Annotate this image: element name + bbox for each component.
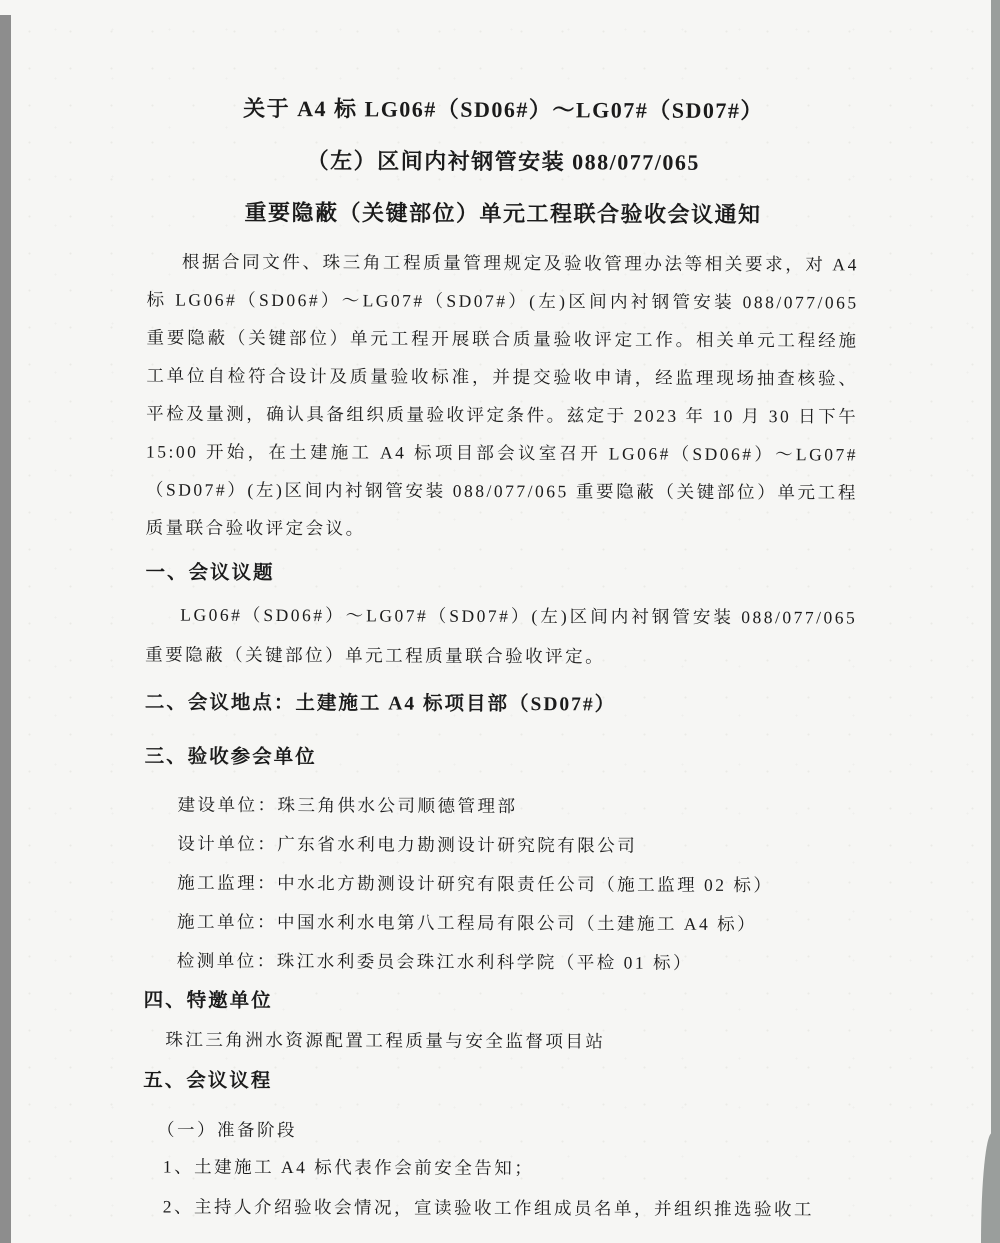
agenda-item-1: 1、土建施工 A4 标代表作会前安全告知； [163, 1147, 855, 1190]
unit-contractor: 施工单位：中国水利水电第八工程局有限公司（土建施工 A4 标） [177, 903, 856, 945]
unit-testing: 检测单位：珠江水利委员会珠江水利科学院（平检 01 标） [177, 942, 856, 984]
section-1-heading: 一、会议议题 [145, 558, 857, 591]
section-3-heading: 三、验收参会单位 [145, 742, 857, 775]
agenda-stage-heading: （一）准备阶段 [143, 1114, 855, 1147]
section-4-heading: 四、特邀单位 [144, 986, 856, 1019]
scan-edge-right [991, 0, 1000, 1243]
section-5-heading: 五、会议议程 [143, 1066, 855, 1099]
document-content: 关于 A4 标 LG06#（SD06#）～LG07#（SD07#） （左）区间内… [143, 0, 860, 1230]
unit-construction-owner: 建设单位：珠三角供水公司顺德管理部 [177, 786, 856, 828]
participating-units-list: 建设单位：珠三角供水公司顺德管理部 设计单位：广东省水利电力勘测设计研究院有限公… [144, 785, 857, 983]
agenda-item-2: 2、主持人介绍验收会情况，宣读验收工作组成员名单，并组织推选验收工 [163, 1187, 855, 1230]
section-2-heading: 二、会议地点：土建施工 A4 标项目部（SD07#） [145, 688, 857, 721]
intro-paragraph: 根据合同文件、珠三角工程质量管理规定及验收管理办法等相关要求，对 A4 标 LG… [146, 242, 859, 549]
title-line-1: 关于 A4 标 LG06#（SD06#）～LG07#（SD07#） [147, 82, 859, 137]
section-1-body: LG06#（SD06#）～LG07#（SD07#）(左)区间内衬钢管安装 088… [145, 594, 857, 677]
agenda-items: 1、土建施工 A4 标代表作会前安全告知； 2、主持人介绍验收会情况，宣读验收工… [143, 1146, 855, 1229]
scan-edge-left [0, 15, 11, 1243]
title-line-3: 重要隐蔽（关键部位）单元工程联合验收会议通知 [147, 186, 859, 241]
invited-unit: 珠江三角洲水资源配置工程质量与安全监督项目站 [143, 1024, 855, 1057]
document-title: 关于 A4 标 LG06#（SD06#）～LG07#（SD07#） （左）区间内… [147, 0, 860, 242]
scanned-document-page: { "document": { "title_lines": [ "关于 A4 … [0, 0, 1000, 1243]
unit-design: 设计单位：广东省水利电力勘测设计研究院有限公司 [177, 825, 856, 867]
title-line-2: （左）区间内衬钢管安装 088/077/065 [147, 134, 859, 189]
unit-supervision: 施工监理：中水北方勘测设计研究有限责任公司（施工监理 02 标） [177, 864, 856, 906]
